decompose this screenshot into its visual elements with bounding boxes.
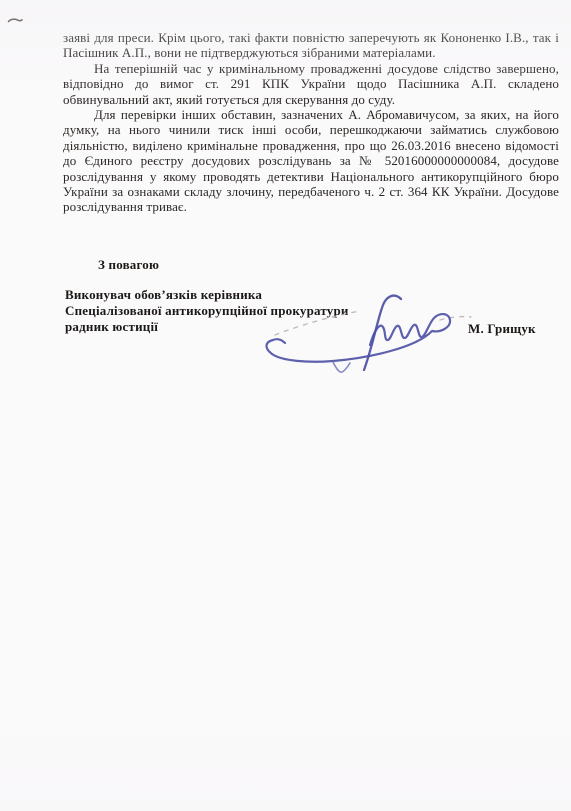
paragraph-investigation-completed: На теперішній час у кримінальному провад…: [63, 61, 559, 107]
signature-ink: [248, 293, 478, 388]
letter-body: заяві для преси. Крім цього, такі факти …: [63, 30, 559, 215]
closing-salutation: З повагою: [98, 257, 159, 273]
signer-name: М. Грищук: [468, 321, 536, 337]
pen-mark-icon: [7, 16, 23, 25]
paragraph-separate-proceeding: Для перевірки інших обставин, зазначених…: [63, 107, 559, 215]
paragraph-press-statement: заяві для преси. Крім цього, такі факти …: [63, 30, 559, 61]
scanned-letter-page: заяві для преси. Крім цього, такі факти …: [0, 0, 571, 811]
